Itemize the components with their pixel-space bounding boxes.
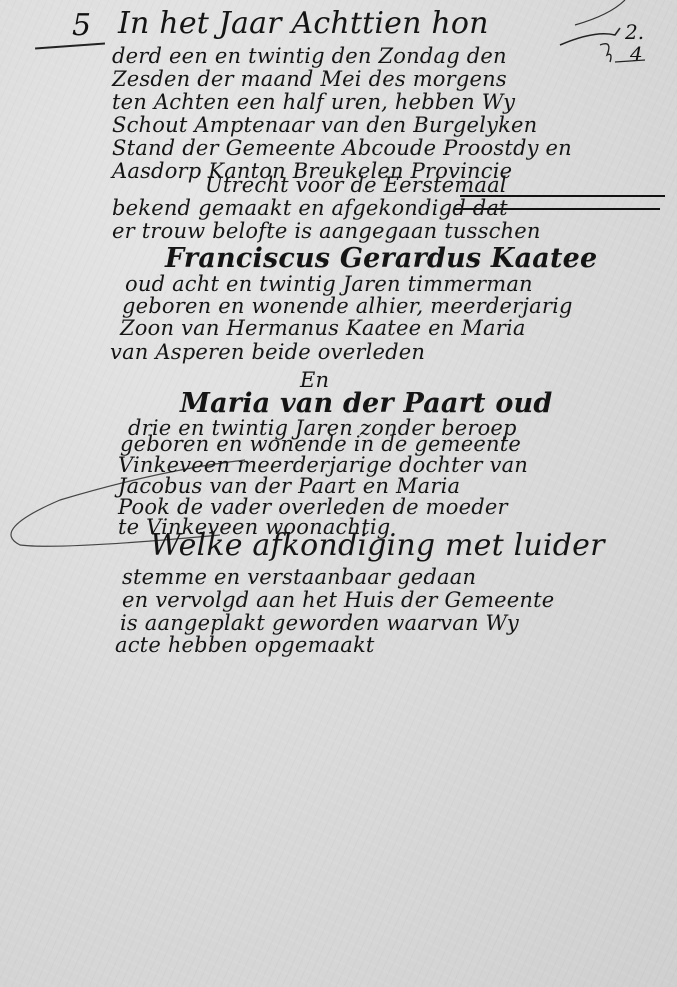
bride-name: Maria van der Paart oud	[180, 388, 552, 419]
entry-5-line-8: Utrecht voor de Eerstemaal	[205, 173, 507, 197]
entry-5-line-25: stemme en verstaanbaar gedaan	[122, 565, 476, 589]
entry-5-line-5: Schout Amptenaar van den Burgelyken	[112, 113, 537, 137]
groom-name: Franciscus Gerardus Kaatee	[165, 243, 597, 274]
entry-5-line-3: Zesden der maand Mei des morgens	[112, 67, 507, 91]
entry-5-line-1: In het Jaar Achttien hon	[118, 6, 489, 41]
entry-5-line-24: Welke afkondiging met luider	[150, 528, 605, 563]
entry-5-line-15: van Asperen beide overleden	[110, 340, 425, 364]
entry-5-line-27: is aangeplakt geworden waarvan Wy	[120, 611, 519, 635]
entry-5-line-26: en vervolgd aan het Huis der Gemeente	[122, 588, 554, 612]
entry-5-line-28: acte hebben opgemaakt	[115, 633, 375, 657]
entry-5-line-4: ten Achten een half uren, hebben Wy	[112, 90, 515, 114]
entry-5-line-13: geboren en wonende alhier, meerderjarig	[122, 294, 573, 318]
document-text-layer: In het Jaar Achttien hon derd een en twi…	[0, 0, 677, 987]
entry-5-line-9: bekend gemaakt en afgekondigd dat	[112, 196, 508, 220]
entry-5-line-10: er trouw belofte is aangegaan tusschen	[112, 219, 541, 243]
entry-5-line-12: oud acht en twintig Jaren timmerman	[125, 272, 533, 296]
entry-5-line-6: Stand der Gemeente Abcoude Proostdy en	[112, 136, 572, 160]
entry-5-line-14: Zoon van Hermanus Kaatee en Maria	[120, 316, 526, 340]
entry-5-line-2: derd een en twintig den Zondag den	[112, 44, 507, 68]
